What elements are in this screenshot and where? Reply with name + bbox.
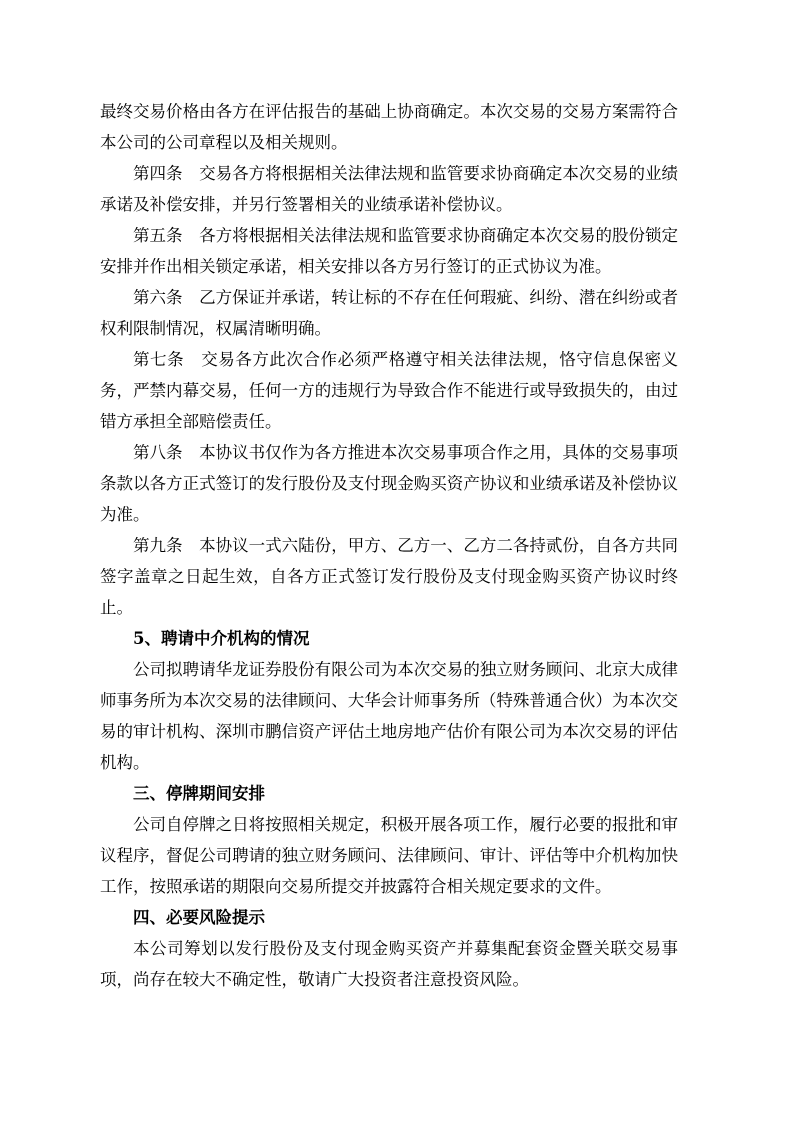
heading-suspension-arrangement: 三、停牌期间安排 [100,778,678,809]
para-article-6: 第六条 乙方保证并承诺，转让标的不存在任何瑕疵、纠纷、潜在纠纷或者权利限制情况，… [100,282,678,344]
para-intermediary-agencies: 公司拟聘请华龙证券股份有限公司为本次交易的独立财务顾问、北京大成律师事务所为本次… [100,654,678,778]
para-risk-warning: 本公司筹划以发行股份及支付现金购买资产并募集配套资金暨关联交易事项，尚存在较大不… [100,933,678,995]
para-article-4: 第四条 交易各方将根据相关法律法规和监管要求协商确定本次交易的业绩承诺及补偿安排… [100,158,678,220]
document-page: 最终交易价格由各方在评估报告的基础上协商确定。本次交易的交易方案需符合本公司的公… [0,0,793,1122]
document-body: 最终交易价格由各方在评估报告的基础上协商确定。本次交易的交易方案需符合本公司的公… [100,96,678,995]
para-article-5: 第五条 各方将根据相关法律法规和监管要求协商确定本次交易的股份锁定安排并作出相关… [100,220,678,282]
para-suspension-arrangement: 公司自停牌之日将按照相关规定，积极开展各项工作，履行必要的报批和审议程序，督促公… [100,809,678,902]
para-article-9: 第九条 本协议一式六陆份，甲方、乙方一、乙方二各持贰份，自各方共同签字盖章之日起… [100,530,678,623]
para-article-8: 第八条 本协议书仅作为各方推进本次交易事项合作之用，具体的交易事项条款以各方正式… [100,437,678,530]
para-article-7: 第七条 交易各方此次合作必须严格遵守相关法律法规，恪守信息保密义务，严禁内幕交易… [100,344,678,437]
heading-risk-warning: 四、必要风险提示 [100,902,678,933]
heading-intermediary-agencies: 5、聘请中介机构的情况 [100,623,678,654]
para-price-determination-continuation: 最终交易价格由各方在评估报告的基础上协商确定。本次交易的交易方案需符合本公司的公… [100,96,678,158]
